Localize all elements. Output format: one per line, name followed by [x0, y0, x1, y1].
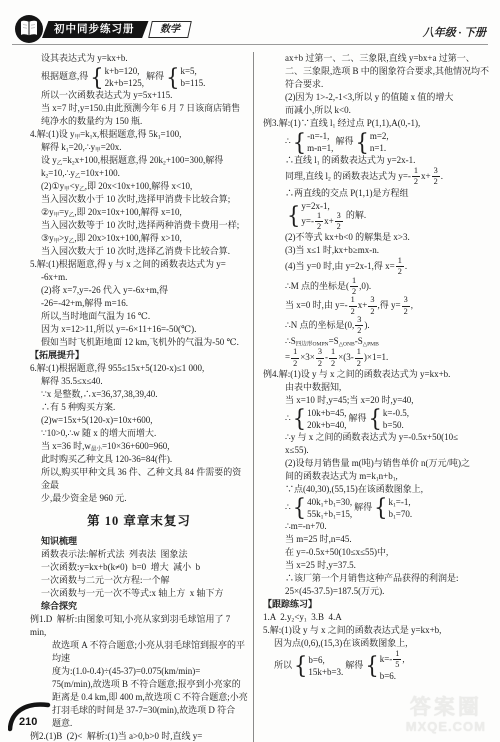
workbook-page: 初中同步练习册 数学 八年级 · 下册 设其表达式为 y=kx+b.根据题意,得…: [0, 0, 500, 742]
fraction: 12: [349, 296, 357, 316]
fraction: 15: [393, 650, 401, 670]
answer-text-line: 当 x=7 时,y=150.由此预测今年 6 月 7 日该商店销售: [30, 102, 248, 115]
watermark-name: 答案圈: [406, 697, 486, 719]
brace-glyph: {: [365, 655, 378, 676]
fraction: 32: [432, 167, 440, 187]
brace-glyph: {: [166, 66, 179, 87]
fraction: 32: [335, 212, 343, 232]
answer-text-line: 少,最少资金是 960 元.: [30, 492, 248, 505]
answer-text-line: ∴{10k+b=45,20k+b=40,解得{k=-0.5,b=50.: [263, 407, 493, 431]
answer-text-line: 5.解:(1)设 y 与 x 之间的函数表达式是 y=kx+b,: [263, 624, 493, 637]
answer-text-line: 二、三象限,选项 B 中的图象符合要求,其他情况均不: [263, 65, 493, 78]
answer-text-line: ∴m=-n+70.: [263, 520, 493, 533]
answer-text-line: 在 y=-0.5x+50(10≤x≤55)中,: [263, 546, 493, 559]
section-heading: 【拓展提升】: [30, 349, 248, 362]
answer-content: 设其表达式为 y=kx+b.根据题意,得{k+b=120,2k+b=125,解得…: [30, 52, 493, 742]
answer-text-line: ∴该厂第一个月销售这种产品获得的利润是:: [263, 572, 493, 585]
equation-system: {k=-0.5,b=50.: [369, 407, 409, 431]
section-heading: 【跟踪练习】: [263, 598, 493, 611]
answer-text-line: ∴{40k1+b1=30,55k1+b1=15,解得{k1=-1,b1=70.: [263, 496, 493, 520]
equation-system: {k1=-1,b1=70.: [374, 496, 412, 520]
answer-text-line: 当 m=25 时,n=45.: [263, 533, 493, 546]
answer-text-line: 距离是 0.4 km,即 400 m,故选项 C 不符合题意;小亮: [30, 691, 248, 704]
answer-text-line: 所以一次函数表达式为 y=5x+115.: [30, 89, 248, 102]
answer-text-line: ∴S四边形OMPN=S△ONB-S△PMB: [263, 335, 493, 348]
answer-text-line: 符合要求.: [263, 78, 493, 91]
answer-text-line: ∴直线 l1 的函数表达式为 y=2x-1.: [263, 154, 493, 167]
watermark-site: MXQE.COM: [406, 719, 486, 734]
answer-text-line: 例1.D 解析:由图象可知,小亮从家到羽毛球馆用了 7 min,: [30, 613, 248, 639]
fraction: 12: [350, 277, 358, 297]
answer-text-line: 当 x=25 时,y=37.5.: [263, 559, 493, 572]
answer-text-line: 而减小,所以 k<0.: [263, 104, 493, 117]
answer-text-line: 75(m/min),故选项 B 不符合题意;报亭到小亮家的: [30, 678, 248, 691]
fraction: 32: [368, 296, 376, 316]
answer-text-line: ∴y 与 x 之间的函数表达式为 y=-0.5x+50(10≤: [263, 431, 493, 444]
brace-glyph: {: [374, 497, 387, 518]
answer-text-line: {y=2x-1,y=-12x+32的解.: [263, 200, 493, 232]
section-heading: 综合探究: [30, 600, 248, 613]
answer-text-line: 6.解:(1)根据题意,得 955≤15x+5(120-x)≤1 000,: [30, 362, 248, 375]
edition-label: 八年级 · 下册: [423, 24, 486, 40]
answer-text-line: (4)当 y=0 时,由 y=2x-1,得 x=12.: [263, 257, 493, 277]
section-heading: 知识梳理: [30, 535, 248, 548]
brace-glyph: {: [294, 655, 307, 676]
answer-text-line: 解得 k1=20,∴y甲=20x.: [30, 141, 248, 154]
answer-text-line: 所以,购买甲种文具 36 件、乙种文具 84 件需要的资金最: [30, 466, 248, 492]
brace-glyph: {: [293, 408, 306, 429]
answer-text-line: 解得 35.5≤x≤40.: [30, 375, 248, 388]
fraction: 12: [412, 167, 420, 187]
left-column: 设其表达式为 y=kx+b.根据题意,得{k+b=120,2k+b=125,解得…: [30, 52, 253, 742]
answer-text-line: (2)w=15x+5(120-x)=10x+600,: [30, 414, 248, 427]
answer-text-line: 因为点(0,6),(15,3)在该函数图象上,: [263, 637, 493, 650]
page-number-badge: 210: [8, 696, 60, 732]
answer-text-line: 例2.(1)B (2)< 解析:(1)当 a>0,b>0 时,直线 y=: [30, 730, 248, 742]
answer-text-line: 当入园次数小于 10 次时,选择甲消费卡比较合算;: [30, 193, 248, 206]
answer-text-line: 当 x=0 时,由 y=-12x+32,得 y=32,: [263, 296, 493, 316]
answer-text-line: 纯净水的数量约为 150 瓶.: [30, 115, 248, 128]
answer-text-line: 设其表达式为 y=kx+b.: [30, 52, 248, 65]
answer-text-line: 当入园次数等于 10 次时,选择两种消费卡费用一样;: [30, 219, 248, 232]
fraction: 32: [355, 316, 363, 336]
answer-text-line: 打羽毛球的时间是 37-7=30(min),故选项 D 符合: [30, 704, 248, 717]
answer-text-line: x≤55).: [263, 444, 493, 457]
answer-text-line: 同理,直线 l2 的函数表达式为 y=-12x+32.: [263, 167, 493, 187]
equation-system: {m=2,n=1.: [355, 130, 388, 154]
right-column: ax+b 过第一、二、三象限,直线 y=bx+a 过第一、二、三象限,选项 B …: [253, 52, 493, 742]
brace-glyph: {: [293, 131, 306, 152]
answer-text-line: (2)①y甲<y乙,即 20x<10x+100,解得 x<10,: [30, 180, 248, 193]
answer-text-line: (3)当 x≤1 时,kx+b≥mx-n.: [263, 244, 493, 257]
fraction: 12: [291, 348, 299, 368]
chapter-review-title: 第 10 章章末复习: [30, 513, 248, 529]
answer-text-line: =12×3×32-12×(3-12)×1=1.: [263, 348, 493, 368]
answer-text-line: 所以{b=6,15k+b=3.解得{k=-15,b=6.: [263, 650, 493, 682]
page-header: 初中同步练习册 数学 八年级 · 下册: [12, 12, 488, 46]
answer-text-line: -6x+m.: [30, 271, 248, 284]
answer-text-line: 1.A 2.y2<y1 3.B 4.A: [263, 611, 493, 624]
brace-glyph: {: [355, 131, 368, 152]
answer-text-line: 一次函数:y=kx+b(k≠0) b=0 增大 减小 b: [30, 561, 248, 574]
answer-text-line: 假如当时飞机距地面 12 km,飞机外的气温为-50 ℃.: [30, 336, 248, 349]
fraction: 12: [355, 348, 363, 368]
answer-text-line: ∵x 是整数,∴x=36,37,38,39,40.: [30, 388, 248, 401]
answer-text-line: 一次函数与二元一次方程:一个解: [30, 574, 248, 587]
answer-text-line: ③y甲>y乙,即 20x>10x+100,解得 x>10,: [30, 232, 248, 245]
brace-glyph: {: [293, 497, 306, 518]
answer-text-line: 间的函数表达式为 m=k1n+b1,: [263, 470, 493, 483]
answer-text-line: 此时购买乙种文具 120-36=84(件).: [30, 453, 248, 466]
publisher-logo-book-icon: [14, 14, 44, 44]
answer-text-line: 函数表示法:解析式法 列表法 图象法: [30, 548, 248, 561]
equation-system: {k=5,b=115.: [166, 65, 205, 89]
answer-text-line: ax+b 过第一、二、三象限,直线 y=bx+a 过第一、: [263, 52, 493, 65]
answer-text-line: 当入园次数大于 10 次时,选择乙消费卡比较合算.: [30, 245, 248, 258]
answer-text-line: 5.解:(1)根据题意,得 y 与 x 之间的函数表达式为 y=: [30, 258, 248, 271]
brace-glyph: {: [90, 66, 103, 87]
answer-text-line: ∴M 点的坐标是(12,0).: [263, 277, 493, 297]
answer-text-line: (2)因为 1>-2,-1<3,所以 y 的值随 x 值的增大: [263, 91, 493, 104]
fraction: 32: [402, 296, 410, 316]
answer-text-line: k2=10,∴y乙=10x+100.: [30, 167, 248, 180]
watermark: 答案圈 MXQE.COM: [406, 697, 486, 734]
answer-text-line: ∵10>0,∴w 随 x 的增大而增大.: [30, 427, 248, 440]
answer-text-line: (2)将 x=7,y=-26 代入 y=-6x+m,得: [30, 284, 248, 297]
answer-text-line: 一次函数与一元一次不等式:x 轴上方 x 轴下方: [30, 587, 248, 600]
answer-text-line: 例4.解:(1)设 y 与 x 之间的函数表达式为 y=kx+b.: [263, 368, 493, 381]
answer-text-line: (2)设每月销售量 m(吨)与销售单价 n(万元/吨)之: [263, 457, 493, 470]
equation-system: {b=6,15k+b=3.: [294, 654, 343, 678]
equation-system: {40k1+b1=30,55k1+b1=15,: [293, 496, 352, 520]
answer-text-line: 题意.: [30, 717, 248, 730]
answer-text-line: 4.解:(1)设 y甲=k1x,根据题意,得 5k1=100,: [30, 128, 248, 141]
equation-system: {y=2x-1,y=-12x+32: [287, 200, 344, 232]
equation-system: {-n=-1,m-n=1,: [293, 130, 334, 154]
series-title: 初中同步练习册: [54, 23, 135, 35]
answer-text-line: 故选项 A 不符合题意;小亮从羽毛球馆到报亭的平均速: [30, 639, 248, 665]
series-title-banner: 初中同步练习册: [42, 21, 149, 38]
equation-system: {k+b=120,2k+b=125,: [90, 65, 144, 89]
answer-text-line: -26=-42+m,解得 m=16.: [30, 297, 248, 310]
answer-text-line: 度为:(1.0-0.4)÷(45-37)=0.075(km/min)=: [30, 665, 248, 678]
page-number: 210: [19, 716, 37, 728]
answer-text-line: 根据题意,得{k+b=120,2k+b=125,解得{k=5,b=115.: [30, 65, 248, 89]
answer-text-line: ∴两直线的交点 P(1,1)是方程组: [263, 187, 493, 200]
answer-text-line: 设 y乙=k2x+100,根据题意,得 20k2+100=300,解得: [30, 154, 248, 167]
answer-text-line: ②y甲=y乙,即 20x=10x+100,解得 x=10,: [30, 206, 248, 219]
subject-tag: 数学: [148, 21, 192, 38]
fraction: 12: [396, 257, 404, 277]
fraction: 32: [316, 348, 324, 368]
answer-text-line: 25×(45-37.5)=187.5(万元).: [263, 585, 493, 598]
equation-system: {10k+b=45,20k+b=40,: [293, 407, 347, 431]
answer-text-line: 当 x=36 时,w最小=10×36+600=960,: [30, 440, 248, 453]
answer-text-line: ∴N 点的坐标是(0,32).: [263, 316, 493, 336]
fraction: 12: [315, 212, 323, 232]
answer-text-line: ∴有 5 种购买方案.: [30, 401, 248, 414]
brace-glyph: {: [369, 408, 382, 429]
equation-system: {k=-15,b=6.: [365, 650, 404, 682]
answer-text-line: ∴{-n=-1,m-n=1,解得{m=2,n=1.: [263, 130, 493, 154]
page-corner-arc: 210: [8, 696, 60, 732]
brace-glyph: {: [287, 205, 300, 226]
fraction: 12: [329, 348, 337, 368]
answer-text-line: 所以,当时地面气温为 16 ℃.: [30, 310, 248, 323]
answer-text-line: (2)不等式 kx+b<0 的解集是 x>3.: [263, 231, 493, 244]
subject-label: 数学: [160, 22, 180, 37]
header-divider-line: [12, 44, 488, 45]
answer-text-line: 由表中数据知,: [263, 381, 493, 394]
answer-text-line: 因为 x=12>11,所以 y=-6×11+16=-50(℃).: [30, 323, 248, 336]
